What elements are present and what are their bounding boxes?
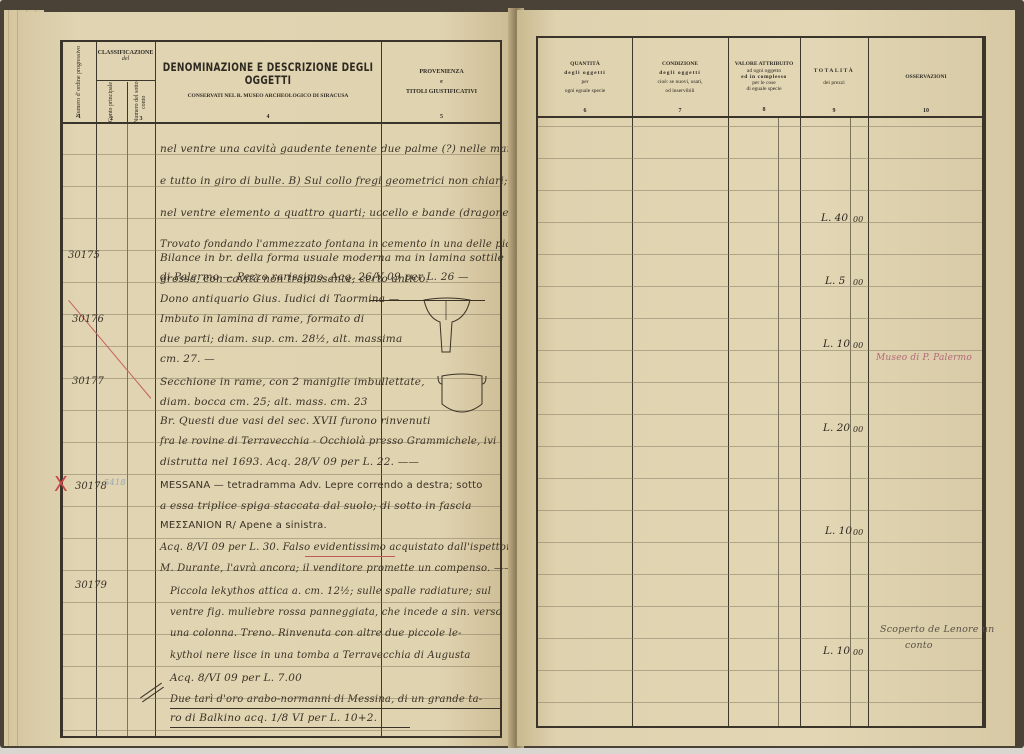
register-number: 30178 [75,481,107,492]
header-classification: CLASSIFICAZIONE del [96,42,155,80]
header-col-4: DENOMINAZIONE E DESCRIZIONE DEGLI OGGETT… [155,42,381,122]
provenance-subtitle: TITOLI GIUSTIFICATIVI [406,89,477,95]
column-number: 6 [584,108,587,114]
description-line: grossa, con cavità non trapassante; cert… [160,273,429,285]
quantity-line: per [581,79,588,85]
total-title: TOTALITÀ [814,68,855,74]
total-cents: 00 [853,425,863,434]
entry-underline [170,727,410,728]
total-lire: L. 20 [823,422,850,434]
description-line: ventre fig. muliebre rossa panneggiata, … [170,607,502,618]
column-number: 4 [267,114,270,120]
description-line: kythoi nere lisce in una tomba a Terrave… [170,650,471,661]
observations-title: OSSERVAZIONI [905,74,946,80]
column-number: 10 [923,108,929,114]
description-line: Trovato fondando l'ammezzato fontana in … [160,239,529,250]
description-line: Due tarì d'oro arabo-normanni di Messina… [170,694,482,705]
description-line: Piccola lekythos attica a. cm. 12½; sull… [170,586,491,597]
value-line: di eguale specie [746,86,781,92]
description-line: una colonna. Treno. Rinvenuta con altre … [170,628,462,639]
description-line: due parti; diam. sup. cm. 28½, alt. mass… [160,333,402,345]
register-number: 30177 [72,376,104,387]
classification-subtitle: del [122,56,129,62]
description-line: distrutta nel 1693. Acq. 28/V 09 per L. … [160,456,419,468]
column-number: 2 [110,116,113,122]
total-lire: L. 10 [825,525,852,537]
observation-note: conto [905,640,933,651]
description-subtitle: CONSERVATI NEL R. MUSEO ARCHEOLOGICO DI … [188,93,349,99]
description-line: a essa triplice spiga staccata dal suolo… [160,500,472,512]
open-ledger-book: Numero d' ordine progressivo 1 CLASSIFIC… [0,0,1024,754]
description-line: ro di Balkino acq. 1/8 VI per L. 10+2. [170,712,377,724]
observation-note: Scoperto de Lenore un [880,624,994,635]
description-line: M. Durante, l'avrà ancora; il venditore … [160,563,514,574]
header-col-1: Numero d' ordine progressivo 1 [63,42,96,122]
column-number: 8 [763,107,766,114]
condition-line: cioè: se nuovi, usati, [657,79,702,85]
register-number: 30179 [75,580,107,591]
provenance-title: PROVENIENZA [419,69,463,75]
right-header-row: QUANTITÀ degli oggetti per ogni eguale s… [538,38,982,118]
description-line: Dono antiquario Gius. Iudici di Taormina… [160,293,399,305]
total-cents: 00 [853,215,863,224]
red-underline [305,556,395,557]
entry-underline [170,708,500,709]
red-x-mark: X [54,472,68,496]
description-line: MEΣΣANION R/ Apene a sinistra. [160,520,327,531]
quantity-title: QUANTITÀ [570,61,600,67]
header-col-3: Numero del sotto conto 3 [127,80,155,124]
register-number: 30175 [68,250,100,261]
sub-account-note: 5418 [104,478,126,488]
left-header-row: Numero d' ordine progressivo 1 CLASSIFIC… [63,42,500,124]
provenance-and: e [440,79,443,85]
register-number: 30176 [72,314,104,325]
description-line: MESSANA — tetradramma Adv. Lepre corrend… [160,480,483,491]
quantity-line: ogni eguale specie [565,88,606,94]
total-lire: L. 40 [821,212,848,224]
description-line: nel ventre una cavità gaudente tenente d… [160,143,560,155]
description-line: nel ventre elemento a quattro quarti; uc… [160,207,526,219]
total-lire: L. 10 [823,338,850,350]
total-cents: 00 [853,341,863,350]
total-lire: L. 10 [823,645,850,657]
header-col-10: OSSERVAZIONI 10 [868,38,984,116]
header-col-5: PROVENIENZA e TITOLI GIUSTIFICATIVI 5 [381,42,502,122]
total-cents: 00 [853,528,863,537]
column-number: 1 [78,114,81,120]
header-col-6: QUANTITÀ degli oggetti per ogni eguale s… [538,38,632,116]
description-line: Acq. 8/VI 09 per L. 30. Falso evidentiss… [160,542,517,553]
column-number: 5 [440,114,443,120]
quantity-line: degli oggetti [564,70,606,76]
column-number: 7 [679,108,682,114]
total-cents: 00 [853,278,863,287]
header-col-9: TOTALITÀ dei prezzi 9 [800,38,868,116]
condition-title: CONDIZIONE [662,61,698,67]
funnel-sketch-icon [422,296,472,356]
description-line: Secchione in rame, con 2 maniglie imbull… [160,376,425,388]
bucket-sketch-icon [436,370,490,420]
column-number: 3 [140,116,143,122]
description-line: fra le rovine di Terravecchia - Occhiolà… [160,436,496,447]
condition-line: degli oggetti [659,70,701,76]
description-line: e tutto in giro di bulle. B) Sul collo f… [160,175,508,187]
condition-line: od inservibili [665,88,694,94]
header-col-7: CONDIZIONE degli oggetti cioè: se nuovi,… [632,38,728,116]
description-line: Acq. 8/VI 09 per L. 7.00 [170,672,302,684]
description-title: DENOMINAZIONE E DESCRIZIONE DEGLI OGGETT… [155,62,381,88]
column-number: 9 [833,108,836,114]
header-col-2: Conto principale 2 [96,80,127,124]
observation-note: Museo di P. Palermo [876,353,972,363]
description-line: cm. 27. — [160,353,215,365]
header-order-number: Numero d' ordine progressivo [76,46,83,118]
total-line: dei prezzi [823,80,845,86]
description-line: Imbuto in lamina di rame, formato di [160,313,364,325]
total-lire: L. 5 [825,275,845,287]
total-cents: 00 [853,648,863,657]
description-line: Bilance in br. della forma usuale modern… [160,252,504,264]
header-col-8: VALORE ATTRIBUITO ad ogni oggetto ed in … [728,38,800,116]
description-line: diam. bocca cm. 25; alt. mass. cm. 23 [160,396,368,408]
description-line: Br. Questi due vasi del sec. XVII furono… [160,415,431,427]
